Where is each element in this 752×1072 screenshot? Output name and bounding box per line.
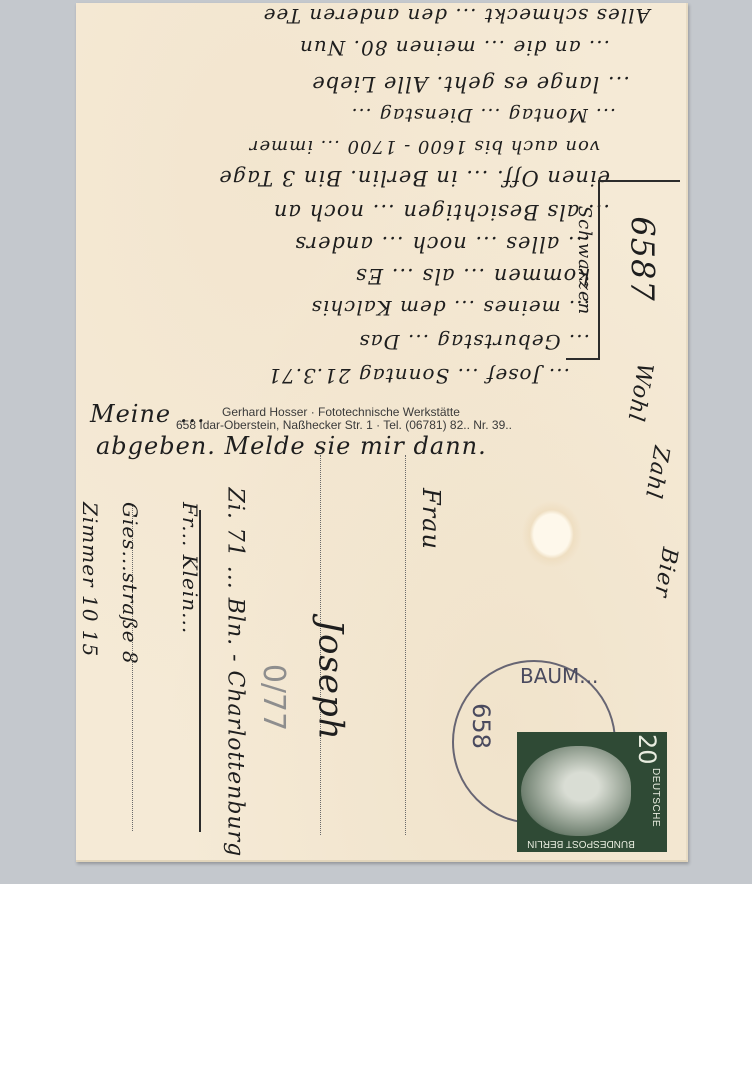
handwriting-line: Alles schmeckt ... den anderen Tee (90, 4, 650, 28)
handwriting-line: von auch bis 1600 - 1700 ... immer (90, 136, 600, 157)
pencil-mark: 0/77 (256, 664, 291, 731)
margin-word: Schwarzen (574, 206, 595, 315)
recipient-title: Frau (417, 488, 445, 550)
note-box-bottom (566, 358, 600, 360)
imprint-line-2: 658 Idar-Oberstein, Naßhecker Str. 1 · T… (176, 419, 596, 432)
stamp-portrait-icon (521, 746, 631, 836)
handwriting-line: ... an die ... meinen 80. Nun (100, 36, 610, 60)
postmark-postcode: 658 (467, 703, 495, 749)
sender-line: Gies...straße 8 (118, 502, 142, 802)
recipient-name: Joseph (311, 619, 351, 740)
handwriting-line: ... Josef ... Sonntag 21.3.71 (90, 364, 570, 388)
handwriting-line: ... Geburtstag ... Das (90, 330, 590, 354)
stamp-issuer: BUNDESPOST BERLIN (517, 838, 645, 849)
street-line: Zi. 71 ... Bln. - Charlottenburg (223, 488, 248, 818)
handwriting-line: ... Montag ... Dienstag ... (86, 104, 616, 126)
sender-line: Fr... Klein... (178, 502, 202, 802)
message-line: Meine ... (90, 400, 206, 428)
sender-line: Zimmer 10 15 (78, 502, 102, 802)
handwriting-line: ... meines ... dem Kalchis (90, 296, 590, 320)
handwriting-line: ... als Besichtigen ... noch an (90, 200, 610, 224)
handwriting-line: ... alles ... noch ... anders (90, 232, 590, 256)
stamp-country: DEUTSCHE (650, 768, 661, 827)
printer-imprint: Gerhard Hosser · Fototechnische Werkstät… (176, 406, 596, 432)
stamp-value: 20 (633, 734, 661, 765)
postage-stamp: 20 DEUTSCHE BUNDESPOST BERLIN (517, 732, 667, 852)
address-line (405, 455, 406, 835)
handwriting-line: kommen ... als ... Es (90, 264, 590, 288)
note-box-top (598, 180, 680, 182)
note-box-left (598, 180, 600, 360)
message-line: abgeben. Melde sie mir dann. (96, 432, 487, 460)
postmark-place: BAUM... (520, 664, 598, 688)
margin-note-number: 6587 (624, 216, 662, 301)
handwriting-line: einen Off. ... in Berlin. Bin 3 Tage (90, 166, 610, 190)
handwriting-line: ... lange es geht. Alle Liebe (90, 72, 630, 96)
